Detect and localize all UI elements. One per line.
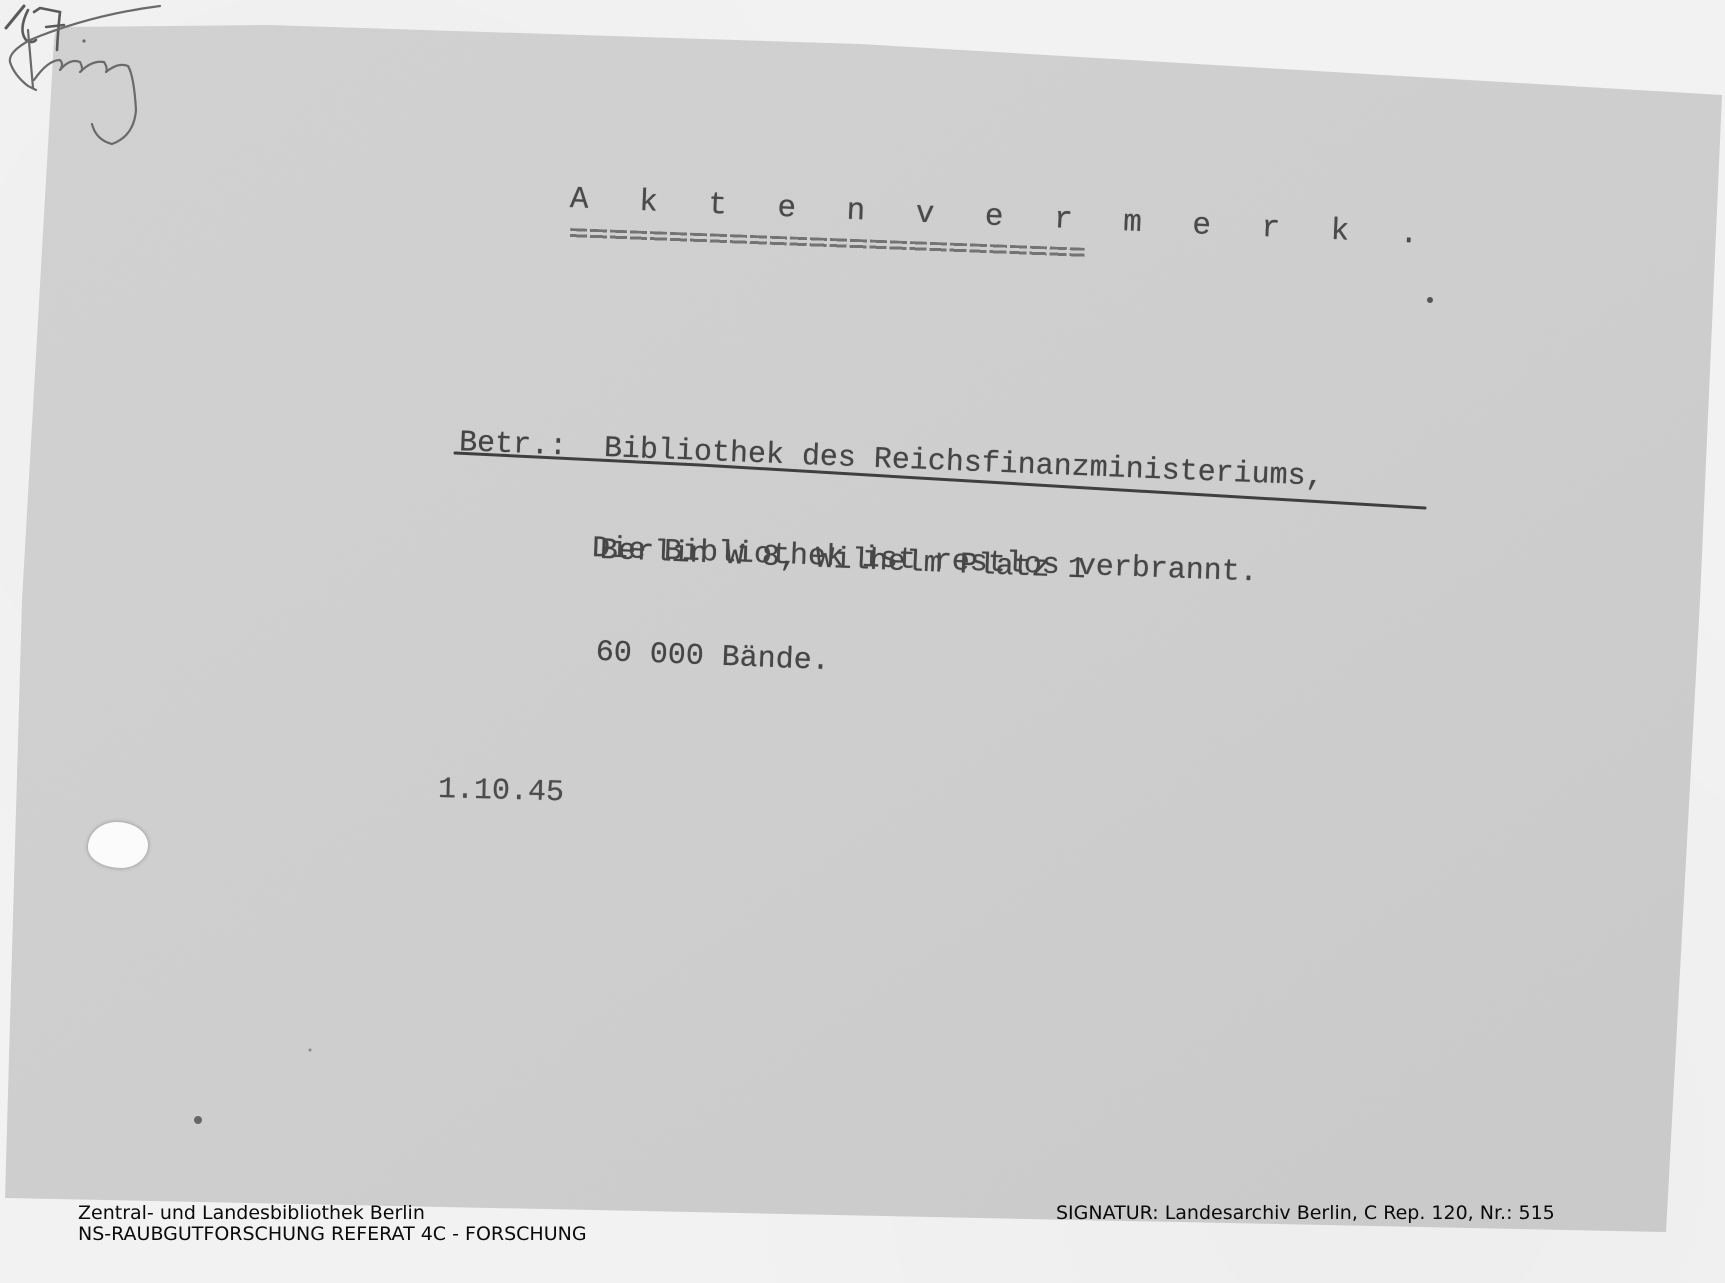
subject-label: Betr.:: [458, 426, 604, 466]
footer-left: Zentral- und Landesbibliothek Berlin NS-…: [78, 1203, 587, 1245]
punch-hole: [88, 822, 148, 868]
archive-card: A k t e n v e r m e r k . Betr.:Biblioth…: [0, 0, 1725, 1283]
signature-icon: [0, 0, 230, 160]
footer-signature-reference: SIGNATUR: Landesarchiv Berlin, C Rep. 12…: [1056, 1203, 1555, 1224]
footer-institution: Zentral- und Landesbibliothek Berlin: [78, 1203, 587, 1224]
subject-line-3: 60 000 Bände.: [595, 636, 830, 679]
subject-line-1: Bibliothek des Reichsfinanzministeriums,: [603, 432, 1324, 495]
document-date: 1.10.45: [438, 773, 565, 810]
footer-department: NS-RAUBGUTFORSCHUNG REFERAT 4C - FORSCHU…: [78, 1224, 587, 1245]
